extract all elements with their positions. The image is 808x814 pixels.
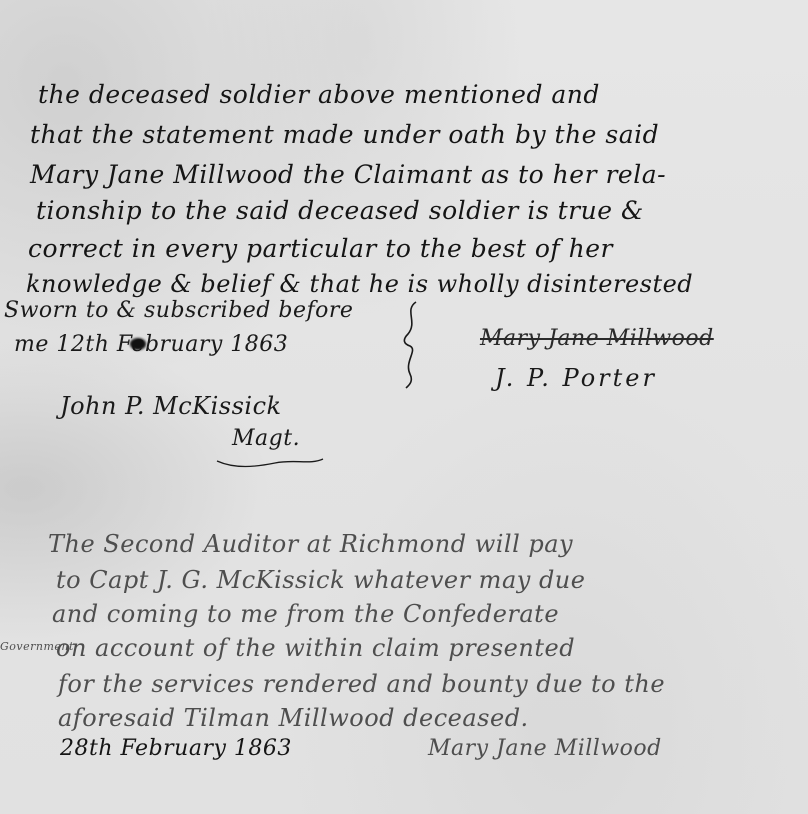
affidavit-line-2: that the statement made under oath by th… [30, 120, 659, 149]
affidavit-line-3: Mary Jane Millwood the Claimant as to he… [30, 160, 666, 189]
order-line-2: to Capt J. G. McKissick whatever may due [56, 566, 585, 594]
order-line-6: aforesaid Tilman Millwood deceased. [58, 704, 529, 732]
magistrate-title: Magt. [232, 426, 300, 451]
order-line-5: for the services rendered and bounty due… [58, 670, 665, 698]
affidavit-line-4: tionship to the said deceased soldier is… [36, 196, 644, 225]
affidavit-line-5: correct in every particular to the best … [28, 234, 613, 263]
witness-signature: J. P. Porter [495, 364, 657, 392]
claimant-signature-struck: Mary Jane Millwood [480, 326, 714, 351]
affidavit-line-1: the deceased soldier above mentioned and [38, 80, 600, 109]
order-signature: Mary Jane Millwood [428, 736, 662, 761]
brace-icon [400, 300, 422, 390]
order-line-1: The Second Auditor at Richmond will pay [48, 530, 573, 558]
ink-blot [130, 338, 146, 350]
signature-flourish-icon [215, 455, 325, 471]
affidavit-line-6: knowledge & belief & that he is wholly d… [26, 270, 693, 298]
order-date: 28th February 1863 [60, 736, 292, 761]
document-page: the deceased soldier above mentioned and… [0, 0, 808, 814]
jurat-line-2: me 12th February 1863 [14, 332, 288, 357]
order-line-4: on account of the within claim presented [56, 634, 575, 662]
jurat-line-1: Sworn to & subscribed before [4, 298, 353, 323]
magistrate-name: John P. McKissick [60, 392, 282, 420]
order-line-3: and coming to me from the Confederate [52, 600, 559, 628]
